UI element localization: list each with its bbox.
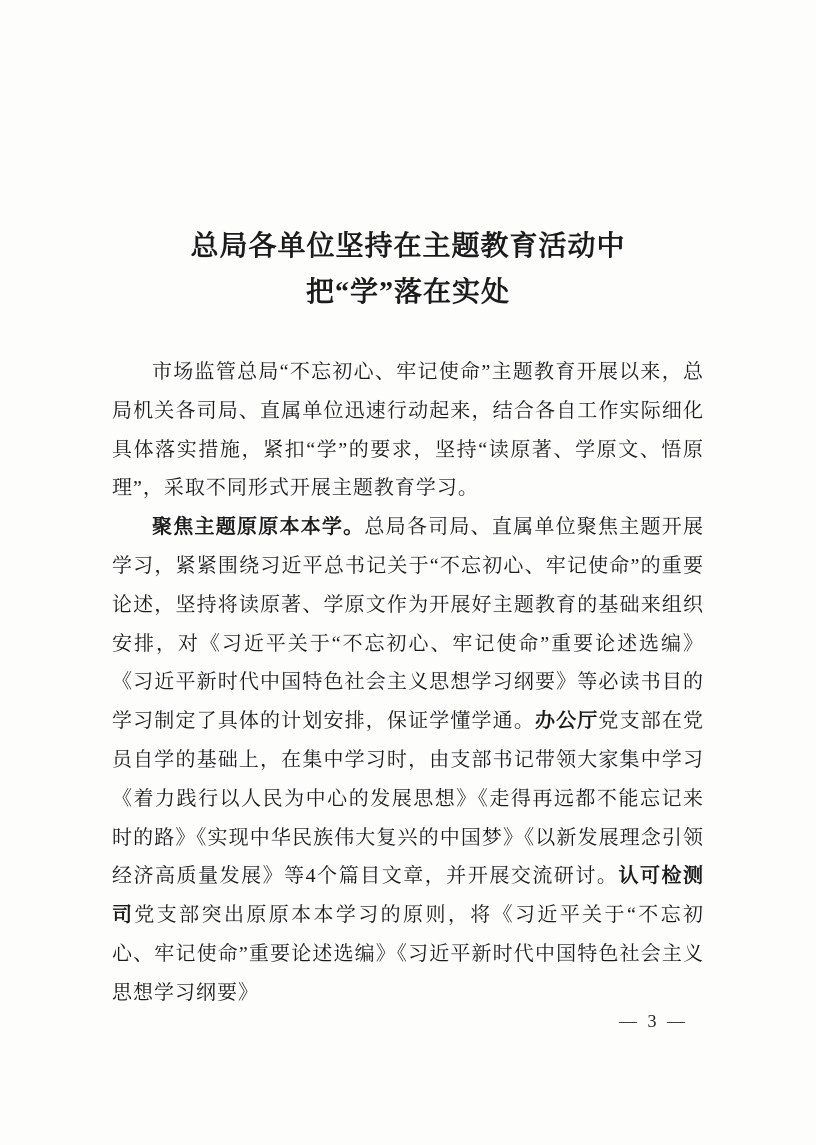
document-page: 总局各单位坚持在主题教育活动中 把“学”落在实处 市场监管总局“不忘初心、牢记使… [0,0,816,1145]
document-title-line-1: 总局各单位坚持在主题教育活动中 [112,224,704,270]
page-footer: — 3 — [112,1011,704,1032]
page-number: — 3 — [619,1011,688,1031]
document-title-line-2: 把“学”落在实处 [112,270,704,316]
paragraph-run: 总局各司局、直属单位聚焦主题开展学习，紧紧围绕习近平总书记关于“不忘初心、牢记使… [112,516,704,732]
paragraph: 市场监管总局“不忘初心、牢记使命”主题教育开展以来，总局机关各司局、直属单位迅速… [112,353,704,508]
document-body: 市场监管总局“不忘初心、牢记使命”主题教育开展以来，总局机关各司局、直属单位迅速… [112,353,704,1013]
paragraph-run-bold: 聚焦主题原原本本学。 [152,516,364,538]
document-title: 总局各单位坚持在主题教育活动中 把“学”落在实处 [112,224,704,316]
paragraph-run: 党支部突出原原本本学习的原则，将《习近平关于“不忘初心、牢记使命”重要论述选编》… [112,904,704,1004]
paragraph-run-bold: 办公厅 [535,710,598,732]
paragraph-run: 市场监管总局“不忘初心、牢记使命”主题教育开展以来，总局机关各司局、直属单位迅速… [112,361,704,499]
paragraph-run: 党支部在党员自学的基础上，在集中学习时，由支部书记带领大家集中学习《着力践行以人… [112,710,704,887]
paragraph: 聚焦主题原原本本学。总局各司局、直属单位聚焦主题开展学习，紧紧围绕习近平总书记关… [112,508,704,1012]
